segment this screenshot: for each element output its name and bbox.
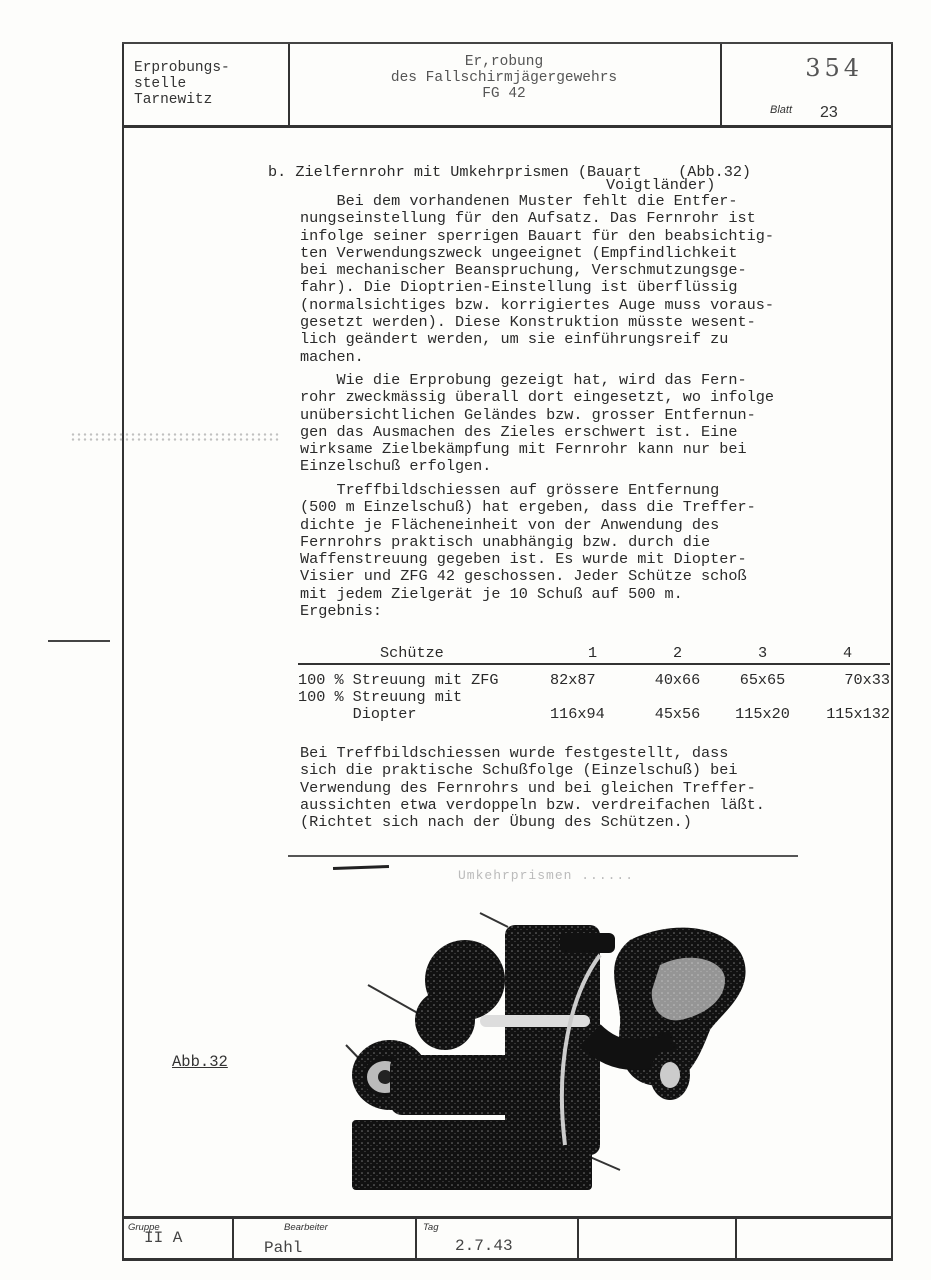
column-header: 2	[635, 643, 720, 664]
row-label: 100 % Streuung mit ZFG	[298, 664, 550, 689]
document-title: Er,robung des Fallschirmjägergewehrs FG …	[288, 54, 720, 102]
column-header: 1	[550, 643, 635, 664]
cell: 40x66	[635, 664, 720, 689]
organization-cell: Erprobungs- stelle Tarnewitz	[122, 44, 290, 125]
figure-caption-faded: Umkehrprismen ......	[458, 868, 634, 883]
editor-label: Bearbeiter	[284, 1222, 328, 1233]
cell: 115x132	[805, 689, 890, 723]
paragraph-1: Bei dem vorhandenen Muster fehlt die Ent…	[300, 193, 774, 366]
sheet-cell: 354 Blatt 23	[720, 44, 893, 125]
sheet-label: Blatt	[770, 104, 792, 116]
row-label: 100 % Streuung mit Diopter	[298, 689, 550, 723]
paragraph-3: Treffbildschiessen auf grössere Entfernu…	[300, 482, 756, 620]
column-header: 3	[720, 643, 805, 664]
column-header: 4	[805, 643, 890, 664]
editor-value: Pahl	[264, 1239, 302, 1257]
document-number: 354	[805, 54, 863, 82]
cell: 65x65	[720, 664, 805, 689]
table-row: 100 % Streuung mit Diopter 116x94 45x56 …	[298, 689, 890, 723]
table-header-row: Schütze 1 2 3 4	[298, 643, 890, 664]
column-header: Schütze	[298, 643, 550, 664]
paragraph-2: Wie die Erprobung gezeigt hat, wird das …	[300, 372, 774, 476]
riflescope-photo	[330, 895, 760, 1200]
cell: 82x87	[550, 664, 635, 689]
cell: 45x56	[635, 689, 720, 723]
cell: 115x20	[720, 689, 805, 723]
document-footer: Gruppe II A Bearbeiter Pahl Tag 2.7.43	[122, 1216, 893, 1261]
group-value: II A	[144, 1229, 182, 1247]
date-value: 2.7.43	[455, 1237, 513, 1255]
editor-cell: Bearbeiter Pahl	[234, 1219, 417, 1258]
cell: 116x94	[550, 689, 635, 723]
closing-paragraph: Bei Treffbildschiessen wurde festgestell…	[300, 745, 765, 831]
organization: Erprobungs- stelle Tarnewitz	[134, 60, 230, 108]
group-cell: Gruppe II A	[122, 1219, 234, 1258]
table-row: 100 % Streuung mit ZFG 82x87 40x66 65x65…	[298, 664, 890, 689]
sheet-number: 23	[820, 104, 838, 122]
margin-smudge	[70, 432, 280, 442]
date-cell: Tag 2.7.43	[417, 1219, 579, 1258]
signature-cell	[579, 1219, 737, 1258]
figure-divider	[288, 855, 798, 857]
document-header: Erprobungs- stelle Tarnewitz Er,robung d…	[122, 42, 893, 128]
figure-label: Abb.32	[172, 1053, 228, 1071]
results-table: Schütze 1 2 3 4 100 % Streuung mit ZFG 8…	[298, 643, 890, 723]
date-label: Tag	[423, 1222, 439, 1233]
margin-mark	[48, 640, 110, 642]
cell: 70x33	[805, 664, 890, 689]
